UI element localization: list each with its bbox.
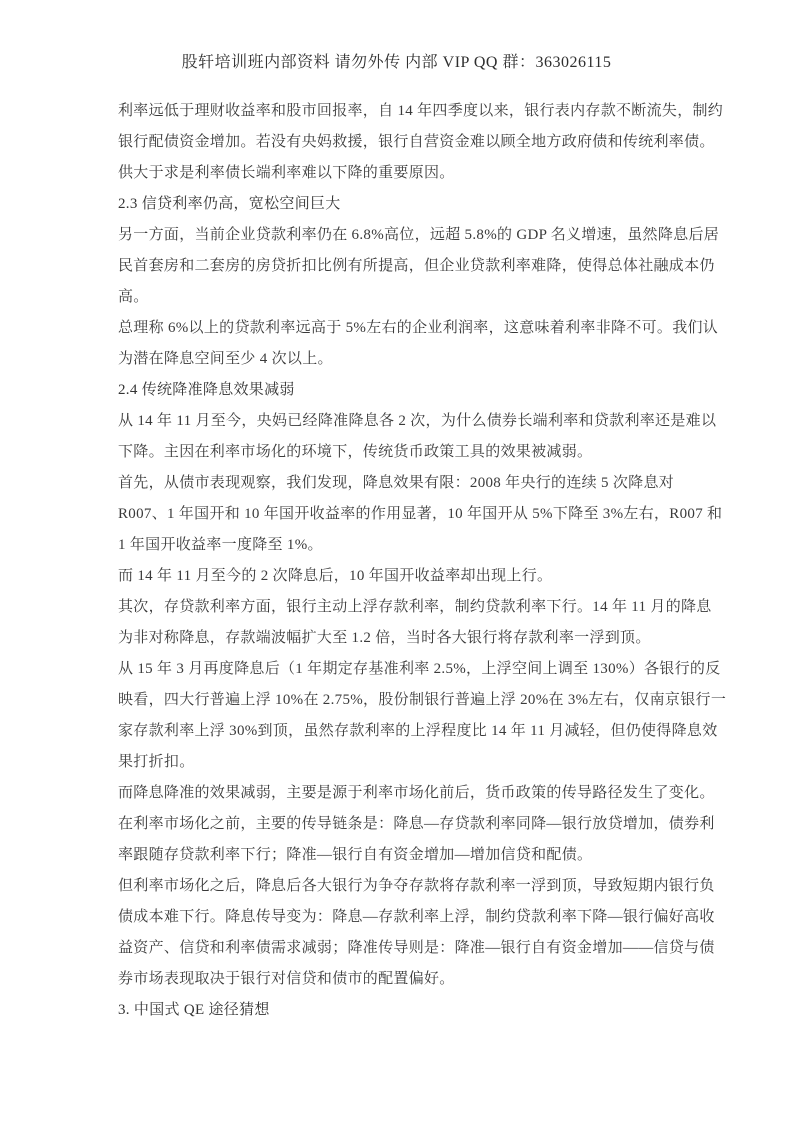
body-line: 映看，四大行普遍上浮 10%在 2.75%，股份制银行普遍上浮 20%在 3%左… (118, 685, 678, 716)
body-line: 果打折扣。 (118, 747, 678, 778)
body-line: 而 14 年 11 月至今的 2 次降息后，10 年国开收益率却出现上行。 (118, 561, 678, 592)
body-line: 首先，从债市表现观察，我们发现，降息效果有限：2008 年央行的连续 5 次降息… (118, 468, 678, 499)
body-line: 但利率市场化之后，降息后各大银行为争夺存款将存款利率一浮到顶，导致短期内银行负 (118, 871, 678, 902)
body-line: 从 15 年 3 月再度降息后（1 年期定存基准利率 2.5%，上浮空间上调至 … (118, 654, 678, 685)
document-page: 股轩培训班内部资料 请勿外传 内部 VIP QQ 群：363026115 利率远… (0, 0, 793, 1122)
body-line: 高。 (118, 282, 678, 313)
body-line: 民首套房和二套房的房贷折扣比例有所提高，但企业贷款利率难降，使得总体社融成本仍 (118, 251, 678, 282)
body-line: 债成本难下行。降息传导变为：降息—存款利率上浮，制约贷款利率下降—银行偏好高收 (118, 902, 678, 933)
body-line: 利率远低于理财收益率和股市回报率，自 14 年四季度以来，银行表内存款不断流失，… (118, 96, 678, 127)
body-line: 1 年国开收益率一度降至 1%。 (118, 530, 678, 561)
body-line: 从 14 年 11 月至今，央妈已经降准降息各 2 次，为什么债券长端利率和贷款… (118, 406, 678, 437)
body-line: 总理称 6%以上的贷款利率远高于 5%左右的企业利润率，这意味着利率非降不可。我… (118, 313, 678, 344)
body-line: 为非对称降息，存款端波幅扩大至 1.2 倍，当时各大银行将存款利率一浮到顶。 (118, 623, 678, 654)
body-line: 在利率市场化之前，主要的传导链条是：降息—存贷款利率同降—银行放贷增加，债券利 (118, 809, 678, 840)
body-line: 供大于求是利率债长端利率难以下降的重要原因。 (118, 158, 678, 189)
body-line: 益资产、信贷和利率债需求减弱；降准传导则是：降准—银行自有资金增加——信贷与债 (118, 933, 678, 964)
body-line: 为潜在降息空间至少 4 次以上。 (118, 344, 678, 375)
body-line: 银行配债资金增加。若没有央妈救援，银行自营资金难以顾全地方政府债和传统利率债。 (118, 127, 678, 158)
body-line: 其次，存贷款利率方面，银行主动上浮存款利率，制约贷款利率下行。14 年 11 月… (118, 592, 678, 623)
body-line: 而降息降准的效果减弱，主要是源于利率市场化前后，货币政策的传导路径发生了变化。 (118, 778, 678, 809)
section-heading-3: 3. 中国式 QE 途径猜想 (118, 995, 678, 1026)
body-line: 率跟随存贷款利率下行；降准—银行自有资金增加—增加信贷和配债。 (118, 840, 678, 871)
section-heading-2-4: 2.4 传统降准降息效果减弱 (118, 375, 678, 406)
body-line: 家存款利率上浮 30%到顶，虽然存款利率的上浮程度比 14 年 11 月减轻，但… (118, 716, 678, 747)
body-line: 券市场表现取决于银行对信贷和债市的配置偏好。 (118, 964, 678, 995)
body-line: 另一方面，当前企业贷款利率仍在 6.8%高位，远超 5.8%的 GDP 名义增速… (118, 220, 678, 251)
document-body: 利率远低于理财收益率和股市回报率，自 14 年四季度以来，银行表内存款不断流失，… (118, 96, 678, 1026)
body-line: 下降。主因在利率市场化的环境下，传统货币政策工具的效果被减弱。 (118, 437, 678, 468)
document-header-watermark: 股轩培训班内部资料 请勿外传 内部 VIP QQ 群：363026115 (0, 53, 793, 73)
section-heading-2-3: 2.3 信贷利率仍高，宽松空间巨大 (118, 189, 678, 220)
body-line: R007、1 年国开和 10 年国开收益率的作用显著，10 年国开从 5%下降至… (118, 499, 678, 530)
